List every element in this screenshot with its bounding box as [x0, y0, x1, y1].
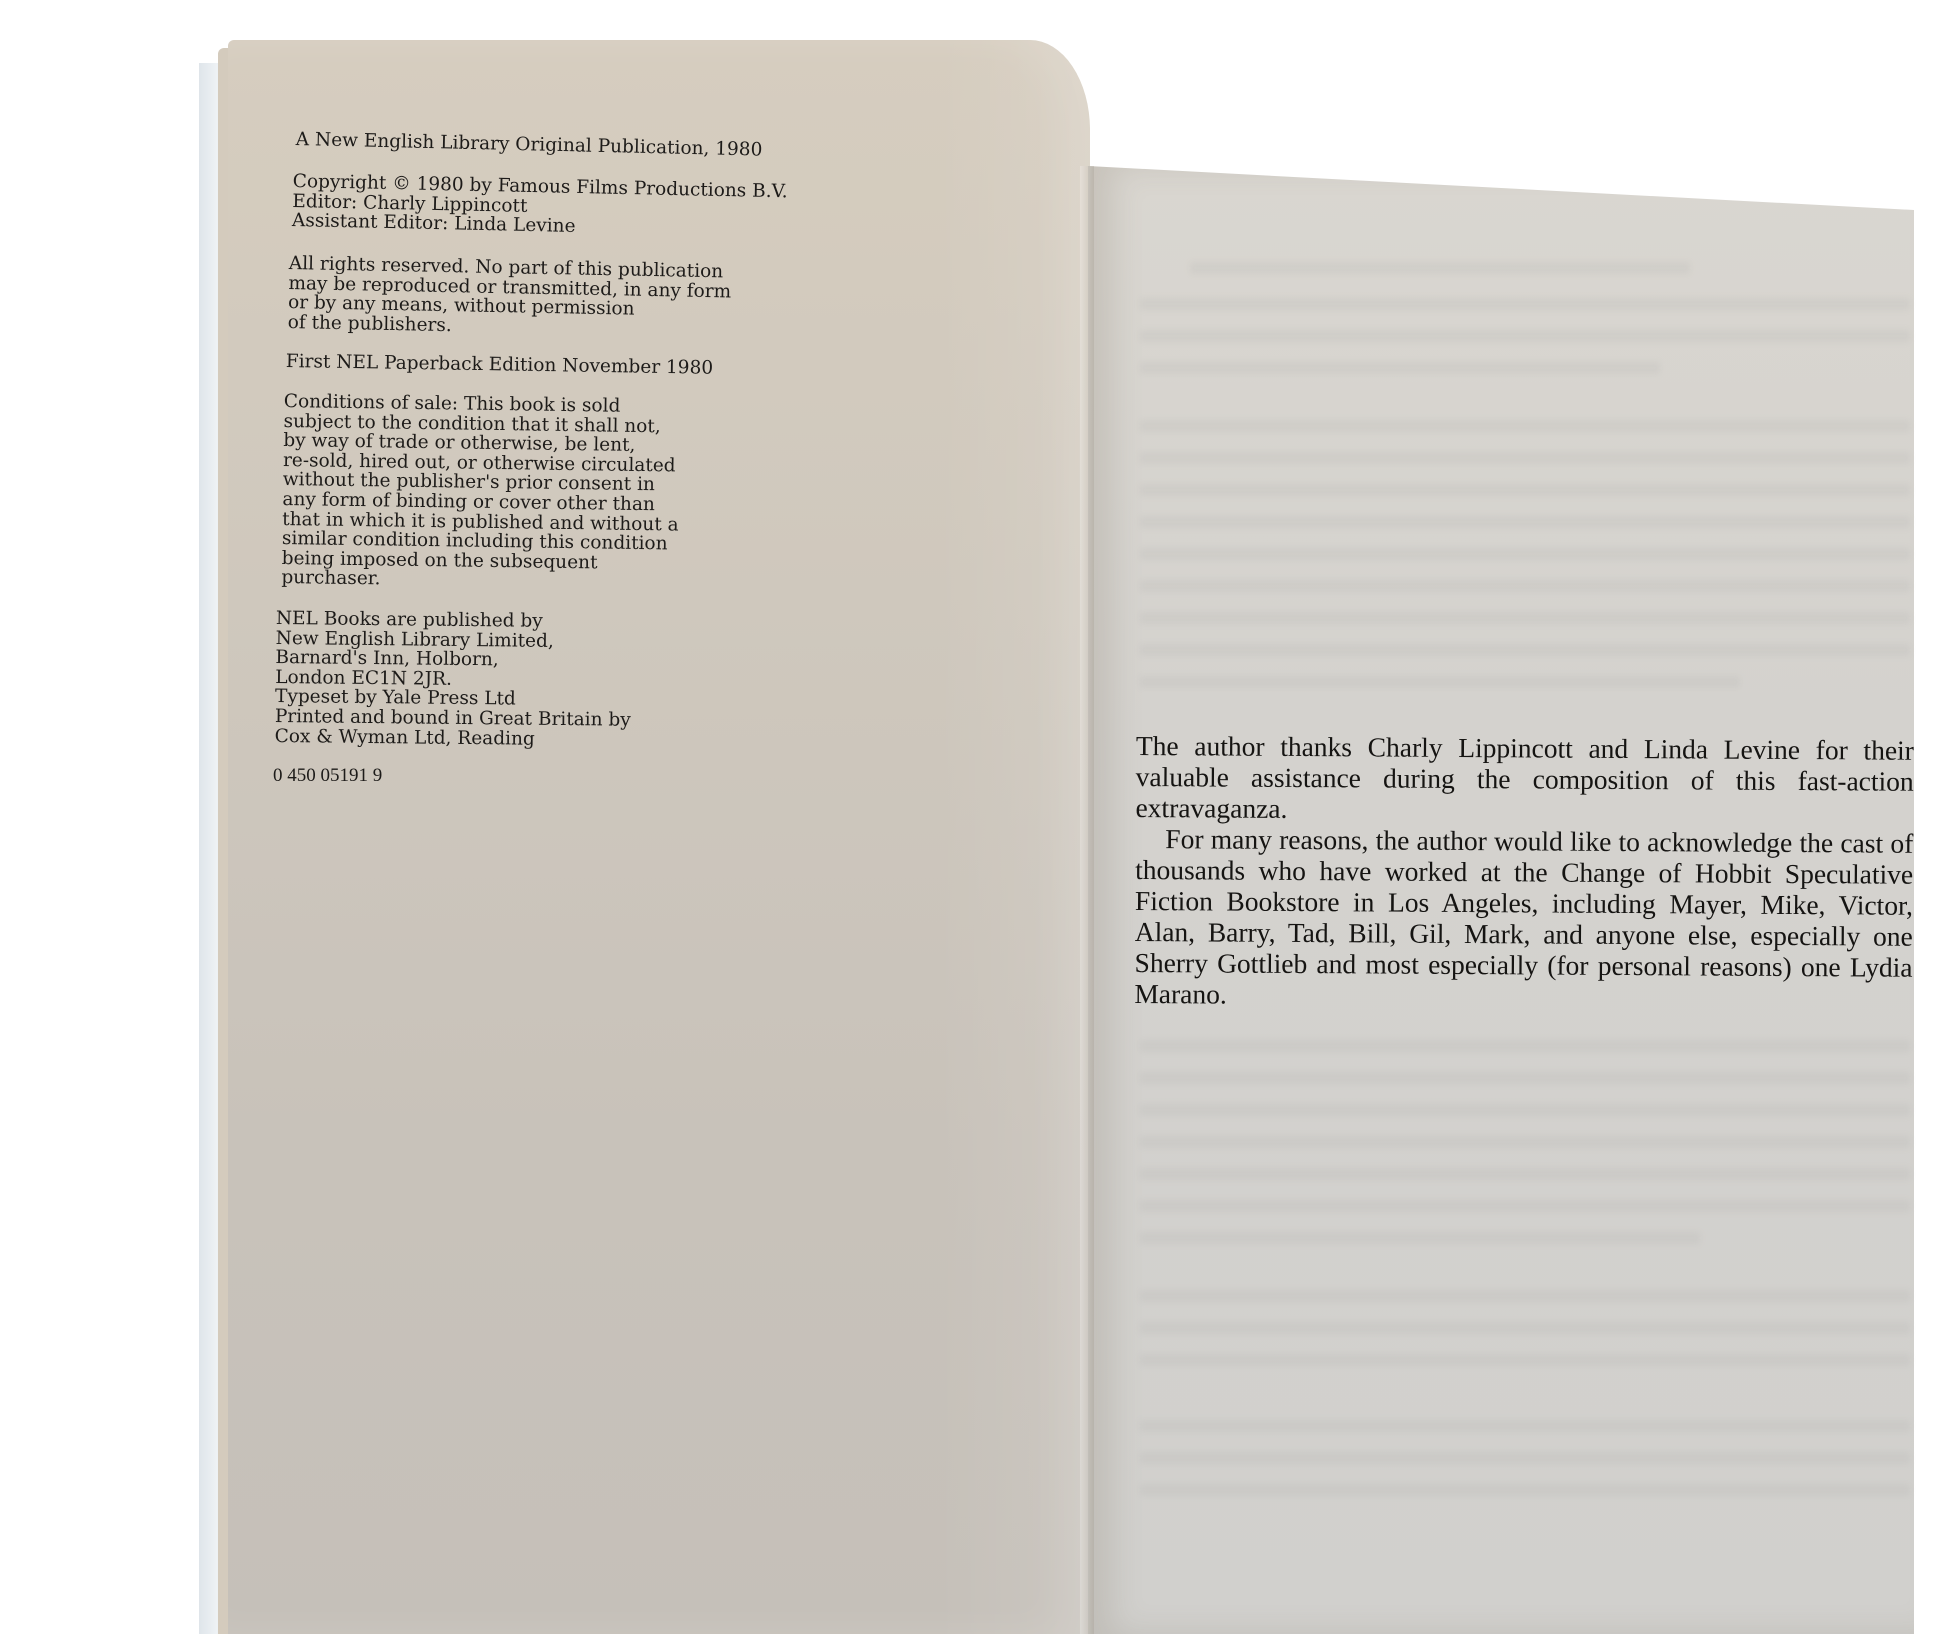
isbn: 0 450 05191 9	[273, 766, 382, 786]
conditions-block: Conditions of sale: This book is sold su…	[281, 392, 680, 593]
acknowledgements: The author thanks Charly Lippincott and …	[1134, 730, 1914, 1014]
acknowledgement-paragraph: The author thanks Charly Lippincott and …	[1135, 730, 1914, 828]
book-gutter	[1080, 166, 1094, 1634]
isbn-block: 0 450 05191 9	[273, 766, 382, 786]
acknowledgement-paragraph: For many reasons, the author would like …	[1134, 823, 1913, 1014]
credits-block: Copyright © 1980 by Famous Films Product…	[292, 172, 788, 241]
publisher-block: NEL Books are published by New English L…	[275, 609, 632, 750]
rights-block: All rights reserved. No part of this pub…	[287, 254, 731, 341]
